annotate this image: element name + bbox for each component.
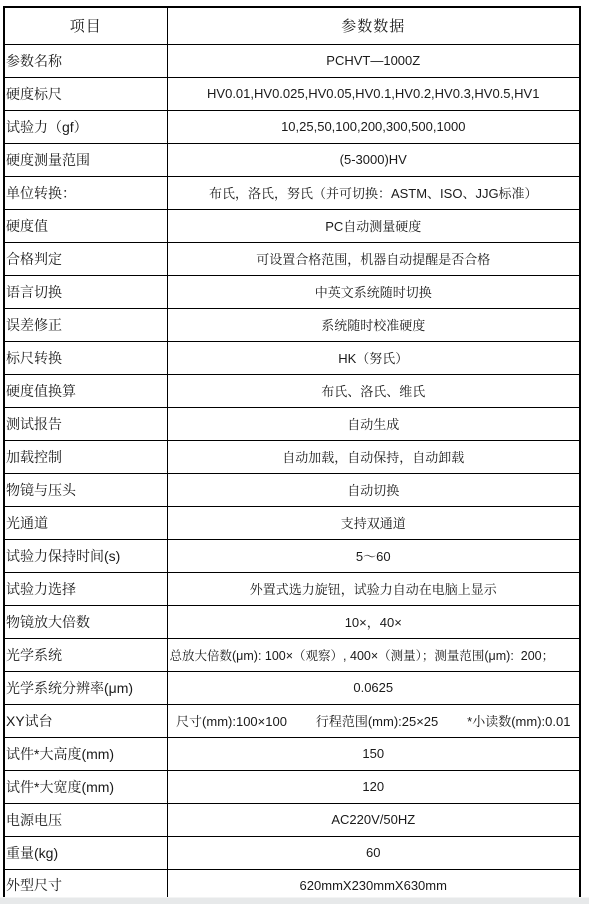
spec-value-cell: 10,25,50,100,200,300,500,1000	[167, 110, 580, 143]
table-row: 测试报告 自动生成	[4, 407, 580, 440]
spec-value-cell: HV0.01,HV0.025,HV0.05,HV0.1,HV0.2,HV0.3,…	[167, 77, 580, 110]
table-row: 重量(kg) 60	[4, 836, 580, 869]
table-row: 硬度值 PC自动测量硬度	[4, 209, 580, 242]
table-row: 光学系统 总放大倍数(μm): 100×（观察）, 400×（测量）；测量范围(…	[4, 638, 580, 671]
spec-value-cell: 中英文系统随时切换	[167, 275, 580, 308]
spec-item-label: 硬度值换算	[5, 375, 167, 406]
spec-item-cell: 试验力选择	[4, 572, 167, 605]
spec-item-label: 试验力保持时间(s)	[5, 540, 167, 571]
spec-item-label: 试验力选择	[5, 573, 167, 604]
spec-item-value: 可设置合格范围，机器自动提醒是否合格	[168, 243, 580, 274]
spec-item-value: 布氏、洛氏、维氏	[168, 375, 580, 406]
spec-item-value: 120	[168, 771, 580, 802]
spec-value-cell: 0.0625	[167, 671, 580, 704]
spec-item-value: 外置式选力旋钮，试验力自动在电脑上显示	[168, 573, 580, 604]
spec-item-value: 10,25,50,100,200,300,500,1000	[168, 111, 580, 142]
spec-value-cell: 可设置合格范围，机器自动提醒是否合格	[167, 242, 580, 275]
spec-item-label: 测试报告	[5, 408, 167, 439]
spec-item-label: 参数名称	[5, 45, 167, 76]
spec-value-cell: 总放大倍数(μm): 100×（观察）, 400×（测量）；测量范围(μm): …	[167, 638, 580, 671]
table-row: 硬度标尺 HV0.01,HV0.025,HV0.05,HV0.1,HV0.2,H…	[4, 77, 580, 110]
spec-item-cell: 光通道	[4, 506, 167, 539]
spec-item-cell: 误差修正	[4, 308, 167, 341]
spec-item-cell: 硬度标尺	[4, 77, 167, 110]
spec-value-cell: HK（努氏）	[167, 341, 580, 374]
spec-item-label: XY试台	[5, 705, 167, 736]
spec-item-value: 150	[168, 738, 580, 769]
table-row: 物镜放大倍数 10×，40×	[4, 605, 580, 638]
spec-item-cell: 语言切换	[4, 275, 167, 308]
spec-item-cell: 物镜放大倍数	[4, 605, 167, 638]
spec-item-cell: 参数名称	[4, 44, 167, 77]
header-item-label: 项目	[5, 9, 167, 43]
table-row: 加载控制 自动加载，自动保持，自动卸载	[4, 440, 580, 473]
table-row: 电源电压 AC220V/50HZ	[4, 803, 580, 836]
spec-item-label: 加载控制	[5, 441, 167, 472]
spec-value-cell: PCHVT—1000Z	[167, 44, 580, 77]
spec-item-cell: 硬度值换算	[4, 374, 167, 407]
spec-item-cell: 光学系统	[4, 638, 167, 671]
spec-item-value: PCHVT—1000Z	[168, 45, 580, 76]
spec-item-value: 自动生成	[168, 408, 580, 439]
spec-value-cell: PC自动测量硬度	[167, 209, 580, 242]
spec-item-label: 硬度测量范围	[5, 144, 167, 175]
spec-item-label: 标尺转换	[5, 342, 167, 373]
spec-value-cell: AC220V/50HZ	[167, 803, 580, 836]
table-row: XY试台 尺寸(mm):100×100 行程范围(mm):25×25 *小读数(…	[4, 704, 580, 737]
spec-item-cell: 物镜与压头	[4, 473, 167, 506]
spec-item-value: 中英文系统随时切换	[168, 276, 580, 307]
spec-item-cell: 重量(kg)	[4, 836, 167, 869]
spec-table: 项目 参数数据 参数名称 PCHVT—1000Z 硬度标尺 HV0.01,HV0…	[3, 6, 581, 903]
spec-item-label: 重量(kg)	[5, 837, 167, 868]
spec-item-cell: 测试报告	[4, 407, 167, 440]
table-row: 光通道 支持双通道	[4, 506, 580, 539]
spec-value-cell: 自动切换	[167, 473, 580, 506]
spec-item-label: 硬度值	[5, 210, 167, 241]
spec-value-cell: 自动加载，自动保持，自动卸载	[167, 440, 580, 473]
spec-value-cell: 60	[167, 836, 580, 869]
spec-item-cell: 合格判定	[4, 242, 167, 275]
spec-item-cell: 试验力保持时间(s)	[4, 539, 167, 572]
spec-item-value: (5-3000)HV	[168, 144, 580, 175]
spec-item-cell: XY试台	[4, 704, 167, 737]
table-header-row: 项目 参数数据	[4, 7, 580, 44]
table-row: 试件*大高度(mm) 150	[4, 737, 580, 770]
spec-item-value: 总放大倍数(μm): 100×（观察）, 400×（测量）；测量范围(μm): …	[168, 639, 580, 670]
table-row: 标尺转换 HK（努氏）	[4, 341, 580, 374]
spec-item-label: 物镜放大倍数	[5, 606, 167, 637]
spec-value-cell: 5～60	[167, 539, 580, 572]
table-row: 光学系统分辨率(μm) 0.0625	[4, 671, 580, 704]
bottom-strip	[0, 897, 589, 904]
spec-item-value: 支持双通道	[168, 507, 580, 538]
spec-table-body: 参数名称 PCHVT—1000Z 硬度标尺 HV0.01,HV0.025,HV0…	[4, 44, 580, 902]
table-row: 单位转换： 布氏，洛氏，努氏（并可切换：ASTM、ISO、JJG标准）	[4, 176, 580, 209]
spec-item-label: 光学系统分辨率(μm)	[5, 672, 167, 703]
table-row: 误差修正 系统随时校准硬度	[4, 308, 580, 341]
spec-item-cell: 试件*大宽度(mm)	[4, 770, 167, 803]
spec-item-value: 60	[168, 837, 580, 868]
spec-item-cell: 试件*大高度(mm)	[4, 737, 167, 770]
table-row: 物镜与压头 自动切换	[4, 473, 580, 506]
table-row: 合格判定 可设置合格范围，机器自动提醒是否合格	[4, 242, 580, 275]
spec-item-value: 尺寸(mm):100×100 行程范围(mm):25×25 *小读数(mm):0…	[168, 705, 580, 736]
header-data-label: 参数数据	[168, 9, 580, 43]
spec-item-value: 0.0625	[168, 672, 580, 703]
spec-item-cell: 光学系统分辨率(μm)	[4, 671, 167, 704]
spec-item-value: AC220V/50HZ	[168, 804, 580, 835]
spec-item-label: 电源电压	[5, 804, 167, 835]
spec-item-label: 试验力（gf）	[5, 111, 167, 142]
spec-value-cell: 布氏、洛氏、维氏	[167, 374, 580, 407]
spec-value-cell: 外置式选力旋钮，试验力自动在电脑上显示	[167, 572, 580, 605]
spec-item-cell: 标尺转换	[4, 341, 167, 374]
spec-sheet-page: 项目 参数数据 参数名称 PCHVT—1000Z 硬度标尺 HV0.01,HV0…	[0, 0, 589, 904]
spec-item-label: 语言切换	[5, 276, 167, 307]
spec-item-value: HV0.01,HV0.025,HV0.05,HV0.1,HV0.2,HV0.3,…	[168, 78, 580, 109]
spec-value-cell: 布氏，洛氏，努氏（并可切换：ASTM、ISO、JJG标准）	[167, 176, 580, 209]
spec-item-label: 硬度标尺	[5, 78, 167, 109]
spec-item-cell: 硬度测量范围	[4, 143, 167, 176]
spec-item-value: PC自动测量硬度	[168, 210, 580, 241]
spec-value-cell: (5-3000)HV	[167, 143, 580, 176]
spec-item-cell: 试验力（gf）	[4, 110, 167, 143]
spec-item-label: 试件*大宽度(mm)	[5, 771, 167, 802]
table-row: 试验力（gf） 10,25,50,100,200,300,500,1000	[4, 110, 580, 143]
spec-item-value: 布氏，洛氏，努氏（并可切换：ASTM、ISO、JJG标准）	[168, 177, 580, 208]
spec-item-value: HK（努氏）	[168, 342, 580, 373]
spec-item-cell: 硬度值	[4, 209, 167, 242]
table-row: 试验力保持时间(s) 5～60	[4, 539, 580, 572]
spec-item-value: 自动加载，自动保持，自动卸载	[168, 441, 580, 472]
spec-item-label: 试件*大高度(mm)	[5, 738, 167, 769]
spec-item-value: 10×，40×	[168, 606, 580, 637]
spec-item-label: 单位转换：	[5, 177, 167, 208]
table-row: 语言切换 中英文系统随时切换	[4, 275, 580, 308]
spec-item-cell: 加载控制	[4, 440, 167, 473]
spec-value-cell: 系统随时校准硬度	[167, 308, 580, 341]
table-row: 硬度测量范围 (5-3000)HV	[4, 143, 580, 176]
spec-value-cell: 150	[167, 737, 580, 770]
spec-value-cell: 10×，40×	[167, 605, 580, 638]
table-row: 试件*大宽度(mm) 120	[4, 770, 580, 803]
spec-value-cell: 自动生成	[167, 407, 580, 440]
table-row: 试验力选择 外置式选力旋钮，试验力自动在电脑上显示	[4, 572, 580, 605]
spec-item-label: 物镜与压头	[5, 474, 167, 505]
header-cell-data: 参数数据	[167, 7, 580, 44]
table-row: 参数名称 PCHVT—1000Z	[4, 44, 580, 77]
spec-item-cell: 电源电压	[4, 803, 167, 836]
spec-item-label: 光通道	[5, 507, 167, 538]
spec-item-value: 系统随时校准硬度	[168, 309, 580, 340]
spec-value-cell: 尺寸(mm):100×100 行程范围(mm):25×25 *小读数(mm):0…	[167, 704, 580, 737]
spec-item-label: 合格判定	[5, 243, 167, 274]
spec-item-value: 5～60	[168, 540, 580, 571]
spec-item-label: 误差修正	[5, 309, 167, 340]
spec-item-cell: 单位转换：	[4, 176, 167, 209]
spec-value-cell: 支持双通道	[167, 506, 580, 539]
spec-value-cell: 120	[167, 770, 580, 803]
table-row: 硬度值换算 布氏、洛氏、维氏	[4, 374, 580, 407]
spec-item-value: 自动切换	[168, 474, 580, 505]
header-cell-item: 项目	[4, 7, 167, 44]
spec-item-label: 光学系统	[5, 639, 167, 670]
